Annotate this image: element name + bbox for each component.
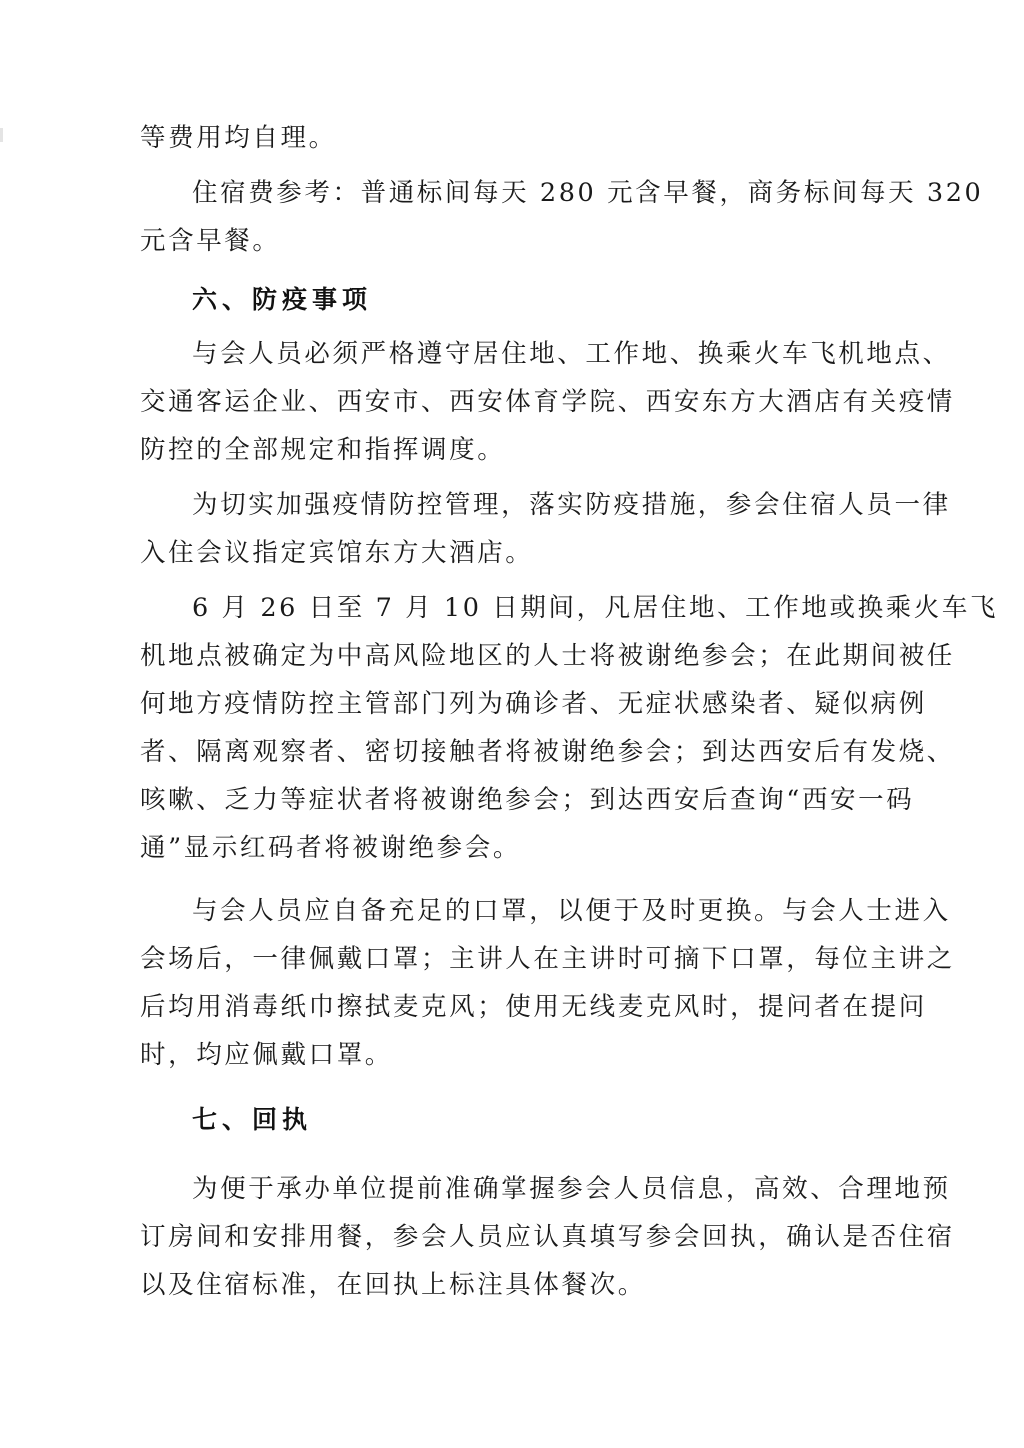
document-page: 等费用均自理。 住宿费参考：普通标间每天 280 元含早餐，商务标间每天 320… [0, 0, 1024, 1448]
paragraph-line: 为便于承办单位提前准确掌握参会人员信息，高效、合理地预 [192, 1173, 900, 1205]
paragraph-line: 机地点被确定为中高风险地区的人士将被谢绝参会；在此期间被任 [140, 640, 900, 672]
scan-artifact [0, 128, 3, 142]
section-heading-7: 七、回执 [192, 1104, 312, 1136]
paragraph-line: 与会人员应自备充足的口罩，以便于及时更换。与会人士进入 [192, 895, 900, 927]
paragraph-line: 与会人员必须严格遵守居住地、工作地、换乘火车飞机地点、 [192, 338, 900, 370]
paragraph-line: 入住会议指定宾馆东方大酒店。 [140, 537, 900, 569]
paragraph-line: 等费用均自理。 [140, 122, 900, 154]
paragraph-line: 咳嗽、乏力等症状者将被谢绝参会；到达西安后查询“西安一码 [140, 784, 900, 816]
paragraph-line: 后均用消毒纸巾擦拭麦克风；使用无线麦克风时，提问者在提问 [140, 991, 900, 1023]
paragraph-line: 6 月 26 日至 7 月 10 日期间，凡居住地、工作地或换乘火车飞 [192, 592, 900, 624]
paragraph-line: 以及住宿标准，在回执上标注具体餐次。 [140, 1269, 900, 1301]
paragraph-line: 会场后，一律佩戴口罩；主讲人在主讲时可摘下口罩，每位主讲之 [140, 943, 900, 975]
paragraph-line: 防控的全部规定和指挥调度。 [140, 434, 900, 466]
section-heading-6: 六、防疫事项 [192, 284, 372, 316]
paragraph-line: 通”显示红码者将被谢绝参会。 [140, 832, 900, 864]
paragraph-line: 交通客运企业、西安市、西安体育学院、西安东方大酒店有关疫情 [140, 386, 900, 418]
paragraph-line: 者、隔离观察者、密切接触者将被谢绝参会；到达西安后有发烧、 [140, 736, 900, 768]
paragraph-line: 订房间和安排用餐，参会人员应认真填写参会回执，确认是否住宿 [140, 1221, 900, 1253]
paragraph-line: 何地方疫情防控主管部门列为确诊者、无症状感染者、疑似病例 [140, 688, 900, 720]
paragraph-line: 元含早餐。 [140, 225, 900, 257]
paragraph-line: 为切实加强疫情防控管理，落实防疫措施，参会住宿人员一律 [192, 489, 900, 521]
paragraph-line: 住宿费参考：普通标间每天 280 元含早餐，商务标间每天 320 [192, 177, 900, 209]
paragraph-line: 时，均应佩戴口罩。 [140, 1039, 900, 1071]
